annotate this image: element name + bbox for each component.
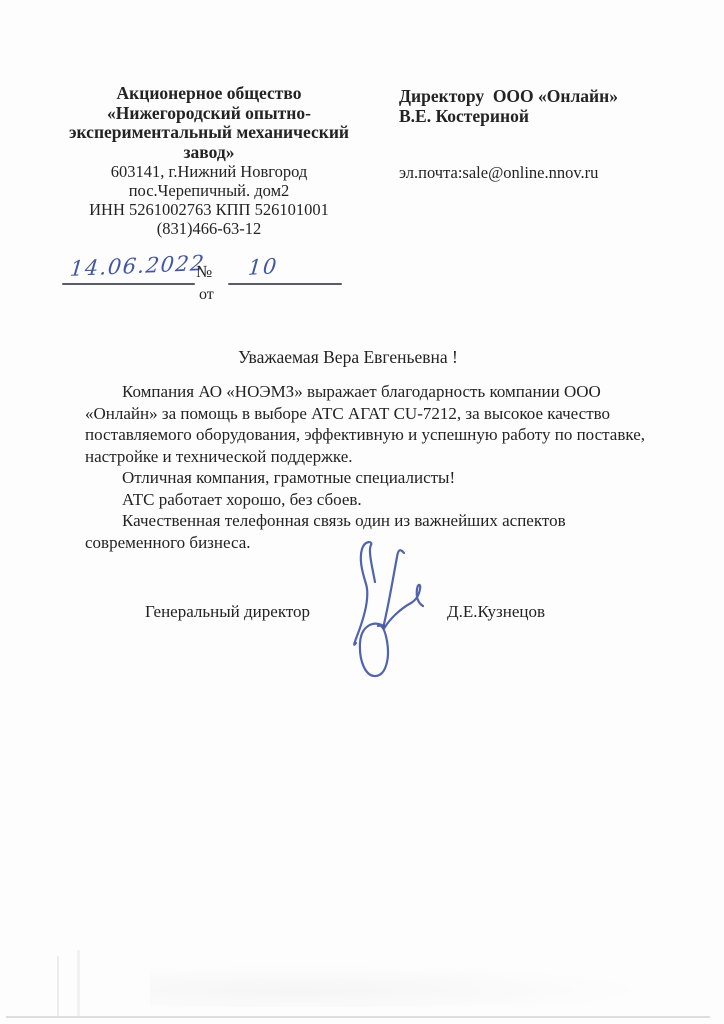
sender-name-line: завод» [36,143,382,163]
sender-street-address: пос.Черепичный. дом2 [36,181,382,200]
handwritten-signature-icon [326,540,444,688]
paragraph-praise: Отличная компания, грамотные специалисты… [85,467,657,489]
sender-name-line: Акционерное общество [36,84,382,104]
scan-streak [57,956,59,1016]
signer-job-title: Генеральный директор [145,602,310,622]
recipient-email: эл.почта:sale@online.nnov.ru [399,163,618,183]
paragraph-ats-status: АТС работает хорошо, без сбоев. [85,489,657,511]
scan-edge-line [6,1016,710,1018]
handwritten-date: 14.06.2022 [69,251,201,281]
sender-letterhead: Акционерное общество «Нижегородский опыт… [36,84,382,238]
scan-smudge [150,965,650,1007]
signer-name: Д.Е.Кузнецов [447,602,545,622]
sender-phone: (831)466-63-12 [36,219,382,238]
recipient-name: В.Е. Костериной [399,106,618,126]
sender-name-line: «Нижегородский опытно- [36,104,382,124]
letter-body: Компания АО «НОЭМЗ» выражает благодарнос… [85,381,657,553]
number-sign-label: № [196,262,212,282]
sender-postal-address: 603141, г.Нижний Новгород [36,162,382,181]
handwritten-number: 10 [235,254,291,281]
scan-streak [77,950,80,1016]
scanned-letter-page: Акционерное общество «Нижегородский опыт… [0,0,724,1024]
number-underline [228,283,342,285]
from-label: от [199,286,214,304]
sender-name-line: экспериментальный механический [36,123,382,143]
salutation: Уважаемая Вера Евгеньевна ! [0,347,696,368]
paragraph-gratitude: Компания АО «НОЭМЗ» выражает благодарнос… [85,381,657,467]
recipient-title: Директору ООО «Онлайн» [399,86,618,106]
recipient-block: Директору ООО «Онлайн» В.Е. Костериной э… [399,86,618,183]
sender-tax-ids: ИНН 5261002763 КПП 526101001 [36,200,382,219]
date-underline [62,283,195,285]
